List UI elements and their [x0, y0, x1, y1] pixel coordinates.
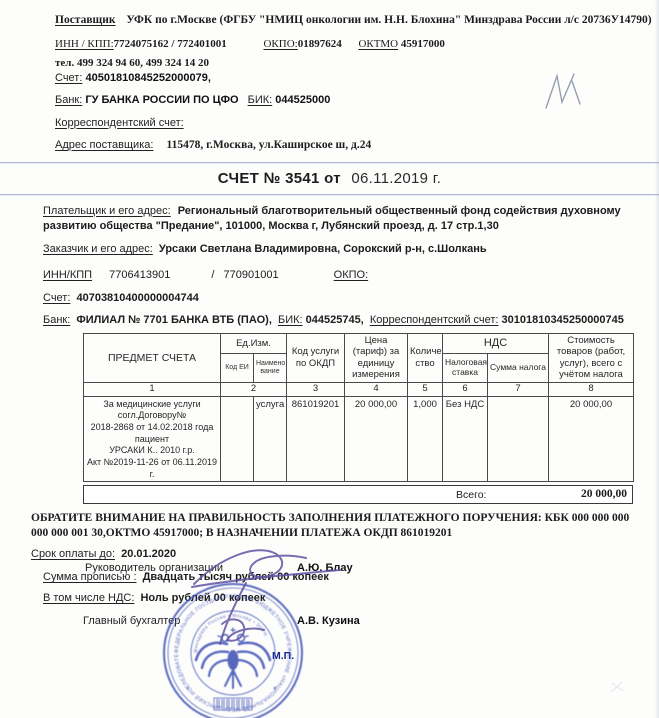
- oktmo-value: 45917000: [401, 38, 445, 50]
- stamp-star-right-icon: *: [273, 685, 277, 695]
- payer-kpp-value: 770901001: [224, 269, 279, 281]
- payer-account-line: Счет: 40703810400000004744: [43, 292, 634, 305]
- payer-okpo-label: ОКПО:: [334, 269, 368, 281]
- payer-corr-value: 30101810345250000745: [502, 314, 624, 326]
- director-title: Руководитель организации: [85, 562, 223, 575]
- col-unit-name-header: Наимено вание: [254, 354, 287, 382]
- grand-total-label: Всего:: [456, 489, 486, 502]
- supplier-phone: тел. 499 324 94 60, 499 324 14 20: [55, 57, 641, 70]
- bik-label: БИК:: [248, 94, 273, 106]
- item-unit-name: услуга: [254, 396, 287, 482]
- supplier-value: УФК по г.Москве (ФГБУ "НМИЦ онкологии им…: [126, 14, 651, 26]
- svg-text:Минздрава России • Москва • ОГ: Минздрава России • Москва • ОГРН: [193, 613, 269, 653]
- vat-in-words-label: В том числе НДС:: [43, 592, 134, 604]
- item-unit-code: [221, 396, 254, 482]
- column-number-row: 1 2 3 4 5 6 7 8: [84, 382, 634, 396]
- account-label: Счет:: [55, 72, 82, 84]
- col-num-3: 3: [287, 382, 345, 396]
- inn-kpp-label: ИНН / КПП:: [55, 38, 114, 50]
- supplier-inn-line: ИНН / КПП:7724075162 / 772401001 ОКПО:01…: [55, 38, 641, 51]
- account-value: 40501810845252000079,: [85, 72, 210, 84]
- col-subject-header: ПРЕДМЕТ СЧЕТА: [84, 334, 221, 383]
- col-num-4: 4: [345, 382, 408, 396]
- item-subject-line4: Акт №2019-11-26 от 06.11.2019 г.: [86, 457, 218, 480]
- invoice-page: Поставщик УФК по г.Москве (ФГБУ "НМИЦ он…: [0, 0, 659, 605]
- col-qty-header: Количе ство: [408, 334, 443, 383]
- oktmo-label: ОКТМО: [358, 38, 398, 50]
- vat-in-words-line: В том числе НДС: Ноль рублей 00 копеек: [43, 592, 659, 605]
- stamp-barcode-icon: [214, 698, 252, 710]
- supplier-label: Поставщик: [55, 14, 116, 26]
- payer-bank-value: ФИЛИАЛ № 7701 БАНКА ВТБ (ПАО),: [76, 314, 272, 326]
- eagle-emblem-icon: [196, 628, 270, 688]
- address-label: Адрес поставщика:: [55, 139, 153, 151]
- vat-in-words-value: Ноль рублей 00 копеек: [140, 592, 265, 604]
- col-num-8: 8: [549, 382, 634, 396]
- item-subject: За медицинские услуги согл.Договору№ 201…: [84, 396, 221, 482]
- col-vat-sum-header: Сумма налога: [488, 354, 549, 382]
- items-table: ПРЕДМЕТ СЧЕТА Ед.Изм. Код услуги по ОКДП…: [83, 333, 634, 482]
- item-price: 20 000,00: [345, 396, 408, 482]
- grand-total-row: Всего: 20 000,00: [83, 485, 633, 504]
- col-num-2: 2: [221, 382, 287, 396]
- due-date-value: 20.01.2020: [121, 548, 176, 560]
- payer-slash: /: [211, 269, 214, 281]
- item-total: 20 000,00: [549, 396, 634, 482]
- bank-value: ГУ БАНКА РОССИИ ПО ЦФО: [85, 94, 238, 106]
- okpo-label: ОКПО:: [263, 38, 297, 50]
- stamp-place-label: М.П.: [272, 650, 294, 663]
- address-value: 115478, г.Москва, ул.Каширское ш, д.24: [166, 139, 371, 151]
- item-quantity: 1,000: [408, 396, 443, 482]
- col-num-5: 5: [408, 382, 443, 396]
- table-row: За медицинские услуги согл.Договору№ 201…: [84, 396, 634, 482]
- supplier-bank-line: Банк: ГУ БАНКА РОССИИ ПО ЦФО БИК: 044525…: [55, 94, 641, 107]
- supplier-account-line: Счет: 40501810845252000079,: [55, 72, 641, 85]
- invoice-number: СЧЕТ № 3541 от: [218, 170, 341, 187]
- inn-kpp-value: 7724075162 / 772401001: [114, 38, 227, 50]
- item-subject-line2: 2018-2868 от 14.02.2018 года пациент: [86, 422, 218, 445]
- payer-inn-value: 7706413901: [109, 269, 170, 281]
- col-okdp-header: Код услуги по ОКДП: [287, 334, 345, 383]
- item-vat-sum: [488, 396, 549, 482]
- col-num-6: 6: [443, 382, 488, 396]
- scan-smudge-icon: [608, 678, 628, 696]
- customer-line: Заказчик и его адрес: Урсаки Светлана Вл…: [43, 243, 634, 256]
- payer-label: Плательщик и его адрес:: [43, 205, 171, 217]
- okpo-value: 01897624: [298, 38, 342, 50]
- payer-bank-line: Банк: ФИЛИАЛ № 7701 БАНКА ВТБ (ПАО), БИК…: [43, 314, 634, 327]
- payment-notice: ОБРАТИТЕ ВНИМАНИЕ НА ПРАВИЛЬНОСТЬ ЗАПОЛН…: [31, 511, 633, 540]
- bank-label: Банк:: [55, 94, 82, 106]
- payer-account-label: Счет:: [43, 292, 70, 304]
- payer-bank-label: Банк:: [43, 314, 70, 326]
- item-vat-rate: Без НДС: [443, 396, 488, 482]
- accountant-name: А.В. Кузина: [297, 615, 360, 628]
- item-subject-line3: УРСАКИ К.. 2010 г.р.: [86, 445, 218, 457]
- supplier-line: Поставщик УФК по г.Москве (ФГБУ "НМИЦ он…: [55, 14, 641, 28]
- item-okdp-code: 861019201: [287, 396, 345, 482]
- divider-top: [0, 162, 659, 163]
- due-date-line: Срок оплаты до: 20.01.2020: [31, 548, 659, 561]
- col-unit-code-header: Код ЕИ: [221, 354, 254, 382]
- invoice-document: { "supplier": { "label": "Поставщик", "v…: [0, 0, 659, 718]
- stamp-inner-text: Минздрава России • Москва • ОГРН: [193, 613, 269, 653]
- stamp-star-left-icon: *: [186, 685, 190, 695]
- col-vat-rate-header: Налоговая ставка: [443, 354, 488, 382]
- corr-label: Корреспондентский счет:: [55, 117, 184, 129]
- col-vat-header: НДС: [443, 334, 549, 354]
- col-unit-header: Ед.Изм.: [221, 334, 287, 354]
- due-date-label: Срок оплаты до:: [31, 548, 115, 560]
- invoice-title: СЧЕТ № 3541 от 06.11.2019 г.: [0, 170, 659, 188]
- table-header-row-1: ПРЕДМЕТ СЧЕТА Ед.Изм. Код услуги по ОКДП…: [84, 334, 634, 354]
- invoice-date: 06.11.2019 г.: [351, 170, 441, 187]
- director-name: А.Ю. Блау: [297, 562, 353, 575]
- payer-corr-label: Корреспондентский счет:: [370, 314, 499, 326]
- payer-bik-value: 044525745,: [306, 314, 364, 326]
- payer-bik-label: БИК:: [278, 314, 303, 326]
- customer-value: Урсаки Светлана Владимировна, Сорокский …: [159, 243, 487, 255]
- payer-inn-line: ИНН/КПП 7706413901 / 770901001 ОКПО:: [43, 269, 634, 282]
- accountant-title: Главный бухгалтер: [83, 615, 180, 628]
- payer-innkpp-label: ИНН/КПП: [43, 269, 92, 281]
- grand-total-value: 20 000,00: [486, 488, 632, 502]
- col-num-1: 1: [84, 382, 221, 396]
- supplier-corr-line: Корреспондентский счет:: [55, 117, 641, 130]
- supplier-address-line: Адрес поставщика: 115478, г.Москва, ул.К…: [55, 139, 641, 153]
- bik-value: 044525000: [275, 94, 330, 106]
- col-total-header: Стоимость товаров (работ, услуг), всего …: [549, 334, 634, 383]
- divider-title-bottom: [0, 194, 659, 195]
- payer-line: Плательщик и его адрес: Региональный бла…: [43, 204, 634, 235]
- col-price-header: Цена (тариф) за единицу измерения: [345, 334, 408, 383]
- col-num-7: 7: [488, 382, 549, 396]
- scan-edge-shadow: [655, 0, 659, 718]
- customer-label: Заказчик и его адрес:: [43, 243, 153, 255]
- payer-account-value: 40703810400000004744: [76, 292, 198, 304]
- item-subject-line1: За медицинские услуги согл.Договору№: [86, 399, 218, 422]
